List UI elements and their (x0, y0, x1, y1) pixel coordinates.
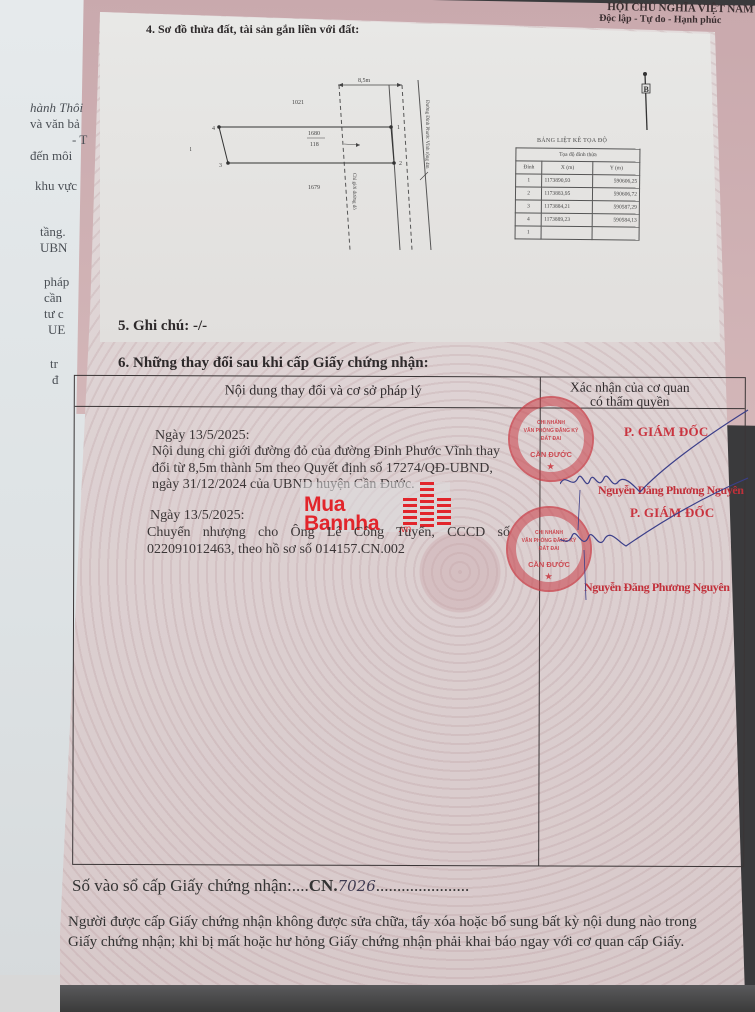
registration-handwritten-number: 7026 (338, 877, 376, 895)
change-entry-2-body: Chuyển nhượng cho Ông Lê Công Tuyển, CCC… (147, 525, 510, 558)
warning-line: Giấy chứng nhận; khi bị mất hoặc hư hỏng… (68, 932, 738, 952)
paper-edge (0, 975, 60, 1012)
entry-date: Ngày 13/5/2025: (155, 428, 250, 445)
svg-text:3: 3 (219, 163, 222, 169)
entry-line: Chuyển nhượng cho Ông Lê Công Tuyển, CCC… (147, 525, 510, 542)
side-page-line: khu vực (35, 178, 77, 194)
registration-label: Số vào sổ cấp Giấy chứng nhận:.... (72, 876, 309, 895)
entry-line: 022091012463, theo hồ sơ số 014157.CN.00… (147, 542, 510, 559)
side-page-line: cần (44, 290, 62, 306)
svg-text:41: 41 (190, 147, 192, 153)
registration-prefix: CN. (309, 876, 338, 895)
section-6-title: 6. Những thay đổi sau khi cấp Giấy chứng… (118, 355, 429, 372)
coord-cell: 1173890,93 (542, 174, 593, 188)
coord-cell: 1173884,21 (542, 200, 593, 214)
change-entry-2: Ngày 13/5/2025: (150, 508, 245, 525)
entry-date: Ngày 13/5/2025: (150, 508, 245, 525)
confirmation-line-1: Xác nhận của cơ quan (570, 380, 690, 395)
side-page-line: pháp (44, 274, 69, 290)
coord-row: 1 (515, 226, 639, 240)
side-page-line: tư c (44, 306, 64, 322)
registration-number: Số vào sổ cấp Giấy chứng nhận:....CN.702… (72, 876, 469, 896)
entry-line: đổi từ 8,5m thành 5m theo Quyết định số … (152, 461, 500, 478)
svg-text:B: B (644, 85, 650, 94)
north-arrow-icon: B (640, 62, 660, 132)
table-surface (0, 985, 755, 1012)
entry-line: Nội dung chỉ giới đường đỏ của đường Đin… (152, 444, 500, 461)
side-page-line: tr (50, 356, 58, 372)
coord-header: Đỉnh (516, 161, 542, 174)
side-page-line: đ (52, 372, 59, 388)
width-label: 8,5m (358, 78, 371, 84)
coord-cell: 2 (515, 187, 541, 200)
coord-row: 41173889,23590584,13 (515, 213, 639, 227)
coord-cell: 590606,25 (593, 175, 640, 188)
svg-text:2: 2 (399, 161, 402, 167)
coord-cell: 590587,29 (593, 201, 640, 214)
coord-cell: 1 (516, 174, 542, 187)
coord-cell: 1173883,95 (542, 187, 593, 201)
side-page-line: UBN (40, 240, 67, 256)
svg-text:4: 4 (212, 126, 215, 132)
registration-dots: ...................... (376, 876, 470, 895)
coord-cell (592, 227, 639, 240)
coord-cell: 1 (515, 226, 541, 239)
svg-text:1680: 1680 (308, 131, 320, 137)
motto: Độc lập - Tự do - Hạnh phúc (599, 13, 721, 26)
coord-cell: 3 (515, 200, 541, 213)
coord-row: 21173883,95590606,72 (515, 187, 639, 201)
signature (560, 400, 750, 600)
coord-cell: 4 (515, 213, 541, 226)
coord-table-caption: BẢNG LIỆT KÊ TỌA ĐỘ (537, 138, 607, 144)
star-icon: ★ (545, 572, 552, 581)
coord-cell: 1173889,23 (542, 213, 593, 227)
coord-cell: 590584,13 (592, 214, 639, 227)
section-5-note: 5. Ghi chú: -/- (118, 318, 207, 335)
svg-text:Chỉ giới đường đỏ: Chỉ giới đường đỏ (351, 173, 356, 210)
side-page-line: tầng. (40, 224, 66, 240)
change-entry-1: Ngày 13/5/2025: (155, 428, 250, 445)
side-page-line: đến môi (30, 148, 72, 164)
svg-text:Đường Đinh Phước Vĩnh rộng 4m: Đường Đinh Phước Vĩnh rộng 4m (424, 100, 429, 169)
coordinate-table: Tọa độ đỉnh thửa Đỉnh X (m) Y (m) 111738… (515, 147, 641, 240)
plot-map: 8,5m 4 1 2 3 1680 118 1021 1679 41 Chỉ g… (190, 60, 460, 260)
coord-row: 31173884,21590587,29 (515, 200, 639, 214)
warning-note: Người được cấp Giấy chứng nhận không đượ… (68, 912, 738, 952)
warning-line: Người được cấp Giấy chứng nhận không đượ… (68, 912, 738, 932)
coord-header: Y (m) (593, 162, 640, 175)
side-page-line: và văn bả (30, 116, 80, 132)
side-page-line: UE (48, 322, 65, 338)
coord-group-header: Tọa độ đỉnh thửa (516, 148, 640, 162)
side-page-line: - T (72, 132, 87, 148)
coord-header: X (m) (542, 161, 593, 175)
svg-text:1679: 1679 (308, 185, 320, 191)
column-header-content: Nội dung thay đổi và cơ sở pháp lý (225, 383, 422, 400)
side-page-line: hành Thôi (30, 100, 83, 116)
section-4-title: 4. Sơ đồ thửa đất, tài sản gắn liền với … (146, 22, 359, 37)
svg-text:118: 118 (310, 142, 319, 148)
coord-cell (541, 226, 592, 240)
coord-cell: 590606,72 (593, 188, 640, 201)
svg-text:1021: 1021 (292, 100, 304, 106)
star-icon: ★ (547, 462, 554, 471)
svg-text:1: 1 (397, 125, 400, 131)
coord-row: 11173890,93590606,25 (516, 174, 640, 188)
